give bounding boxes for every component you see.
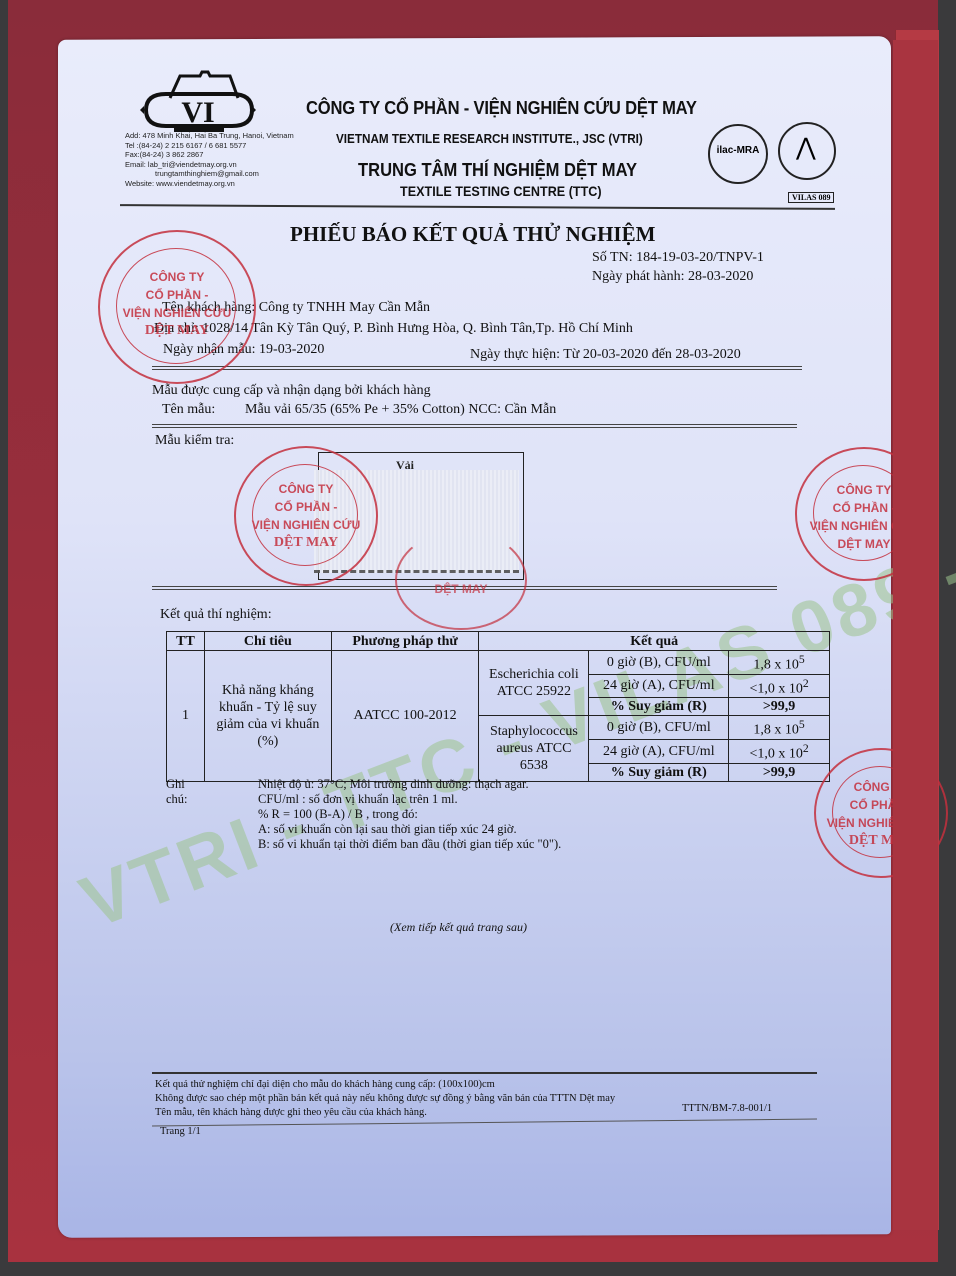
- address: Add: 478 Minh Khai, Hai Ba Trung, Hanoi,…: [125, 131, 294, 141]
- cell-result-label: 0 giờ (B), CFU/ml: [589, 651, 729, 675]
- header-result: Kết quả: [479, 632, 830, 651]
- sample-check-label: Mẫu kiểm tra:: [155, 433, 234, 449]
- cell-organism: Escherichia coli ATCC 25922: [479, 651, 589, 716]
- notes-body: Nhiệt độ ủ: 37°C; Môi trường dinh dưỡng:…: [258, 777, 561, 852]
- results-label: Kết quả thí nghiệm:: [160, 607, 272, 623]
- cell-result-label: % Suy giảm (R): [589, 698, 729, 716]
- footer-disclaimer: Kết quả thử nghiệm chỉ đại diện cho mẫu …: [155, 1078, 615, 1120]
- cell-result-value: >99,9: [729, 698, 830, 716]
- section-rule: [152, 366, 802, 370]
- cell-result-value: 1,8 x 105: [729, 716, 830, 740]
- cell-result-value: <1,0 x 102: [729, 674, 830, 698]
- website: Website: www.viendetmay.org.vn: [125, 179, 294, 189]
- note-line: Nhiệt độ ủ: 37°C; Môi trường dinh dưỡng:…: [258, 777, 561, 792]
- page-number: Trang 1/1: [160, 1126, 201, 1137]
- continuation-note: (Xem tiếp kết quả trang sau): [390, 920, 527, 935]
- notes-label: Ghi chú:: [166, 777, 188, 807]
- vtri-logo-icon: VI: [140, 70, 256, 132]
- vilas-badge: VILAS 089: [788, 192, 834, 203]
- cell-result-label: 24 giờ (A), CFU/ml: [589, 739, 729, 763]
- footer-line: Kết quả thử nghiệm chỉ đại diện cho mẫu …: [155, 1078, 615, 1092]
- cell-result-label: 24 giờ (A), CFU/ml: [589, 674, 729, 698]
- company-name-vi: CÔNG TY CỔ PHẦN - VIỆN NGHIÊN CỨU DỆT MA…: [306, 98, 697, 119]
- svg-text:VI: VI: [181, 96, 214, 129]
- cell-tt: 1: [167, 651, 205, 782]
- sample-name-label: Tên mẫu:: [162, 402, 215, 418]
- centre-name-vi: TRUNG TÂM THÍ NGHIỆM DỆT MAY: [358, 160, 637, 181]
- table-row: 1 Khả năng kháng khuẩn - Tỷ lệ suy giảm …: [167, 651, 830, 675]
- company-stamp: CÔNG TY CỔ PHẦN - VIỆN NGHIÊN CỨU DỆT MA…: [98, 230, 256, 384]
- cell-result-label: 0 giờ (B), CFU/ml: [589, 716, 729, 740]
- cell-result-value: >99,9: [729, 763, 830, 781]
- company-stamp-partial: DỆT MAY: [395, 530, 527, 630]
- sample-name: Mẫu vải 65/35 (65% Pe + 35% Cotton) NCC:…: [245, 402, 556, 418]
- header-method: Phương pháp thử: [331, 632, 479, 651]
- ilac-mra-badge-icon: ilac-MRA: [708, 124, 768, 184]
- table-header-row: TT Chỉ tiêu Phương pháp thử Kết quả: [167, 632, 830, 651]
- footer-line: Không được sao chép một phần bản kết quả…: [155, 1092, 615, 1106]
- issue-date: Ngày phát hành: 28-03-2020: [592, 269, 753, 285]
- cell-result-label: % Suy giảm (R): [589, 763, 729, 781]
- report-title: PHIẾU BÁO KẾT QUẢ THỬ NGHIỆM: [290, 222, 655, 247]
- header-criterion: Chỉ tiêu: [204, 632, 331, 651]
- centre-name-en: TEXTILE TESTING CENTRE (TTC): [400, 183, 602, 199]
- email-alt: trungtamthinghiem@gmail.com: [125, 169, 294, 179]
- form-number: TTTN/BM-7.8-001/1: [682, 1103, 772, 1114]
- company-stamp: CÔNG TY CỔ PHẦN - VIỆN NGHIÊN CỨU DỆT MA…: [234, 446, 378, 586]
- results-table: TT Chỉ tiêu Phương pháp thử Kết quả 1 Kh…: [166, 631, 830, 782]
- cell-organism: Staphylococcus aureus ATCC 6538: [479, 716, 589, 781]
- email: Email: lab_tri@viendetmay.org.vn: [125, 160, 294, 170]
- note-line: B: số vi khuẩn tại thời điểm ban đầu (th…: [258, 837, 561, 852]
- footer-line: Tên mẫu, tên khách hàng được ghi theo yê…: [155, 1106, 615, 1120]
- note-line: % R = 100 (B-A) / B , trong đó:: [258, 807, 561, 822]
- note-line: A: số vi khuẩn còn lại sau thời gian tiế…: [258, 822, 561, 837]
- fax: Fax:(84-24) 3 862 2867: [125, 150, 294, 160]
- sample-note: Mẫu được cung cấp và nhận dạng bởi khách…: [152, 383, 431, 399]
- cell-method: AATCC 100-2012: [331, 651, 479, 782]
- cell-criterion: Khả năng kháng khuẩn - Tỷ lệ suy giảm củ…: [204, 651, 331, 782]
- note-line: CFU/ml : số đơn vị khuẩn lạc trên 1 ml.: [258, 792, 561, 807]
- header-tt: TT: [167, 632, 205, 651]
- bureau-accreditation-badge-icon: ⋀: [778, 122, 836, 180]
- cell-result-value: <1,0 x 102: [729, 739, 830, 763]
- report-number: Số TN: 184-19-03-20/TNPV-1: [592, 250, 764, 266]
- footer-rule: [152, 1072, 817, 1074]
- folder-edge: [893, 40, 938, 1230]
- test-date: Ngày thực hiện: Từ 20-03-2020 đến 28-03-…: [470, 347, 741, 363]
- section-rule: [152, 424, 797, 428]
- company-name-en: VIETNAM TEXTILE RESEARCH INSTITUTE., JSC…: [336, 131, 643, 146]
- contact-block: Add: 478 Minh Khai, Hai Ba Trung, Hanoi,…: [125, 131, 294, 188]
- tel: Tel :(84-24) 2 215 6167 / 6 681 5577: [125, 141, 294, 151]
- cell-result-value: 1,8 x 105: [729, 651, 830, 675]
